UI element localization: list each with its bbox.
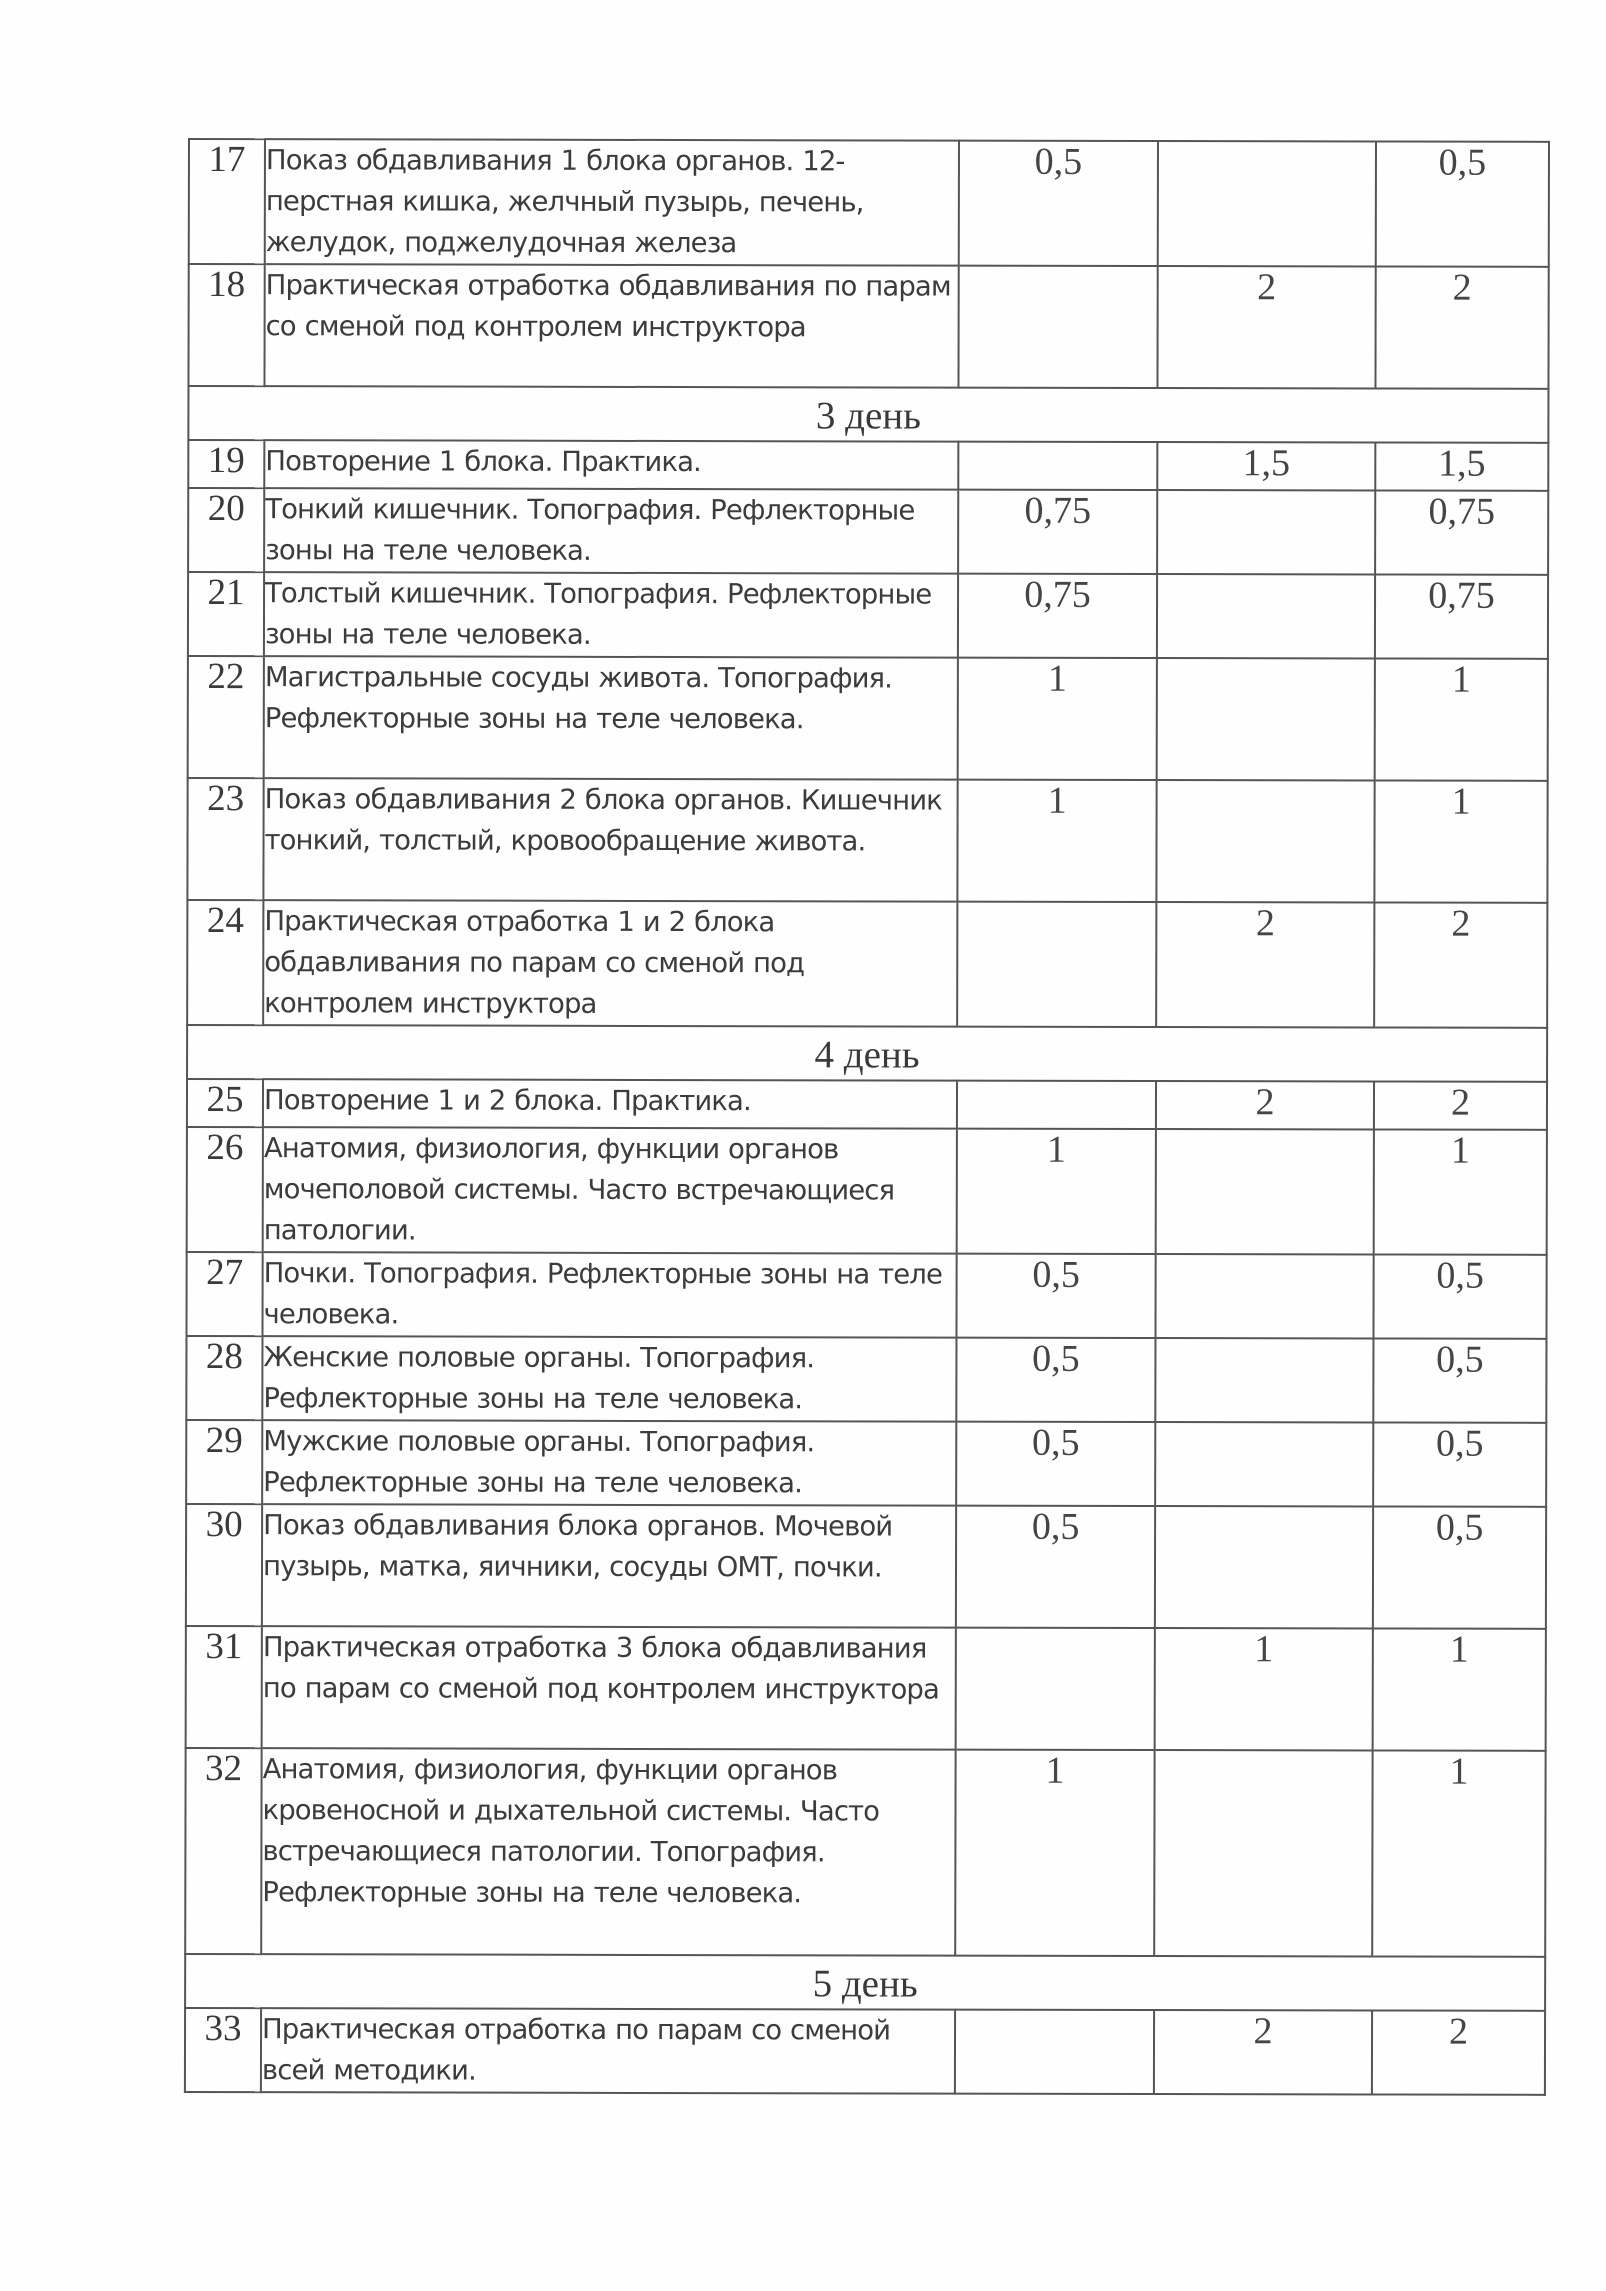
table-row: 18 Практическая отработка обдавливания п… — [188, 264, 1548, 389]
day-header-row: 3 день — [188, 386, 1548, 443]
row-number: 29 — [186, 1420, 262, 1504]
row-number: 24 — [187, 900, 263, 1025]
row-number: 23 — [187, 778, 263, 900]
row-topic: Показ обдавливания блока органов. Мочево… — [262, 1504, 956, 1627]
total-hours: 2 — [1374, 902, 1547, 1027]
theory-hours: 0,5 — [956, 1506, 1155, 1628]
day-header-row: 5 день — [185, 1954, 1545, 2011]
row-number: 19 — [188, 440, 264, 488]
day-label: 3 день — [188, 386, 1548, 443]
table-row: 17 Показ обдавливания 1 блока органов. 1… — [189, 139, 1549, 267]
row-number: 27 — [186, 1252, 262, 1336]
practice-hours: 2 — [1156, 1081, 1374, 1129]
total-hours: 1,5 — [1375, 442, 1548, 490]
total-hours: 0,75 — [1375, 574, 1548, 658]
theory-hours: 0,75 — [958, 490, 1157, 574]
theory-hours — [958, 266, 1157, 388]
theory-hours — [958, 442, 1157, 490]
practice-hours — [1156, 1129, 1374, 1254]
row-number: 26 — [187, 1127, 263, 1252]
row-topic: Почки. Топография. Рефлекторные зоны на … — [262, 1252, 956, 1337]
theory-hours: 1 — [957, 1129, 1156, 1254]
row-topic: Показ обдавливания 2 блока органов. Кише… — [263, 778, 957, 901]
row-number: 22 — [188, 656, 264, 778]
row-topic: Практическая отработка по парам со смено… — [261, 2008, 955, 2093]
table-row: 33 Практическая отработка по парам со см… — [185, 2008, 1545, 2095]
total-hours: 0,5 — [1373, 1338, 1546, 1422]
total-hours: 1 — [1372, 1750, 1545, 1956]
practice-hours: 2 — [1154, 2010, 1372, 2094]
table-row: 30 Показ обдавливания блока органов. Моч… — [186, 1504, 1546, 1629]
row-number: 33 — [185, 2008, 261, 2092]
practice-hours — [1157, 490, 1375, 574]
practice-hours — [1155, 1506, 1373, 1628]
row-topic: Практическая отработка 1 и 2 блока обдав… — [263, 900, 957, 1026]
theory-hours: 0,5 — [956, 1254, 1155, 1338]
theory-hours: 0,75 — [958, 574, 1157, 658]
row-number: 25 — [187, 1079, 263, 1127]
total-hours: 1 — [1374, 780, 1547, 902]
practice-hours: 2 — [1157, 266, 1375, 388]
table-row: 31 Практическая отработка 3 блока обдавл… — [186, 1626, 1546, 1751]
row-topic: Показ обдавливания 1 блока органов. 12-п… — [265, 139, 959, 265]
table-row: 19 Повторение 1 блока. Практика. 1,5 1,5 — [188, 440, 1548, 491]
row-topic: Анатомия, физиология, функции органов мо… — [263, 1127, 957, 1253]
practice-hours: 2 — [1156, 902, 1374, 1027]
theory-hours — [956, 1628, 1155, 1750]
table-row: 27 Почки. Топография. Рефлекторные зоны … — [186, 1252, 1546, 1339]
total-hours: 1 — [1373, 1628, 1546, 1750]
table-row: 28 Женские половые органы. Топография. Р… — [186, 1336, 1546, 1423]
row-topic: Повторение 1 блока. Практика. — [264, 440, 958, 489]
total-hours: 0,75 — [1375, 490, 1548, 574]
theory-hours: 1 — [955, 1750, 1154, 1956]
table-row: 23 Показ обдавливания 2 блока органов. К… — [187, 778, 1547, 903]
row-topic: Тонкий кишечник. Топография. Рефлекторны… — [264, 488, 958, 573]
total-hours: 2 — [1374, 1081, 1547, 1129]
table-row: 29 Мужские половые органы. Топография. Р… — [186, 1420, 1546, 1507]
practice-hours — [1157, 658, 1375, 780]
table-row: 24 Практическая отработка 1 и 2 блока об… — [187, 900, 1547, 1028]
table-row: 32 Анатомия, физиология, функции органов… — [185, 1748, 1545, 1957]
practice-hours: 1 — [1155, 1628, 1373, 1750]
total-hours: 0,5 — [1373, 1506, 1546, 1628]
row-topic: Практическая отработка обдавливания по п… — [264, 264, 958, 387]
row-number: 30 — [186, 1504, 262, 1626]
row-number: 32 — [185, 1748, 261, 1954]
day-label: 5 день — [185, 1954, 1545, 2011]
curriculum-table: 17 Показ обдавливания 1 блока органов. 1… — [184, 138, 1550, 2096]
row-number: 21 — [188, 572, 264, 656]
table-row: 25 Повторение 1 и 2 блока. Практика. 2 2 — [187, 1079, 1547, 1130]
total-hours: 1 — [1374, 1129, 1547, 1254]
total-hours: 0,5 — [1373, 1422, 1546, 1506]
theory-hours: 0,5 — [959, 141, 1158, 266]
practice-hours — [1156, 780, 1374, 902]
practice-hours — [1155, 1254, 1373, 1338]
total-hours: 2 — [1375, 266, 1548, 388]
total-hours: 0,5 — [1376, 141, 1549, 266]
row-number: 17 — [189, 139, 265, 264]
practice-hours — [1155, 1422, 1373, 1506]
row-number: 18 — [188, 264, 264, 386]
practice-hours — [1155, 1338, 1373, 1422]
row-topic: Анатомия, физиология, функции органов кр… — [261, 1748, 955, 1955]
scanned-page: 17 Показ обдавливания 1 блока органов. 1… — [0, 0, 1606, 2291]
table-row: 20 Тонкий кишечник. Топография. Рефлекто… — [188, 488, 1548, 575]
row-number: 20 — [188, 488, 264, 572]
theory-hours — [955, 2010, 1154, 2094]
row-number: 28 — [186, 1336, 262, 1420]
total-hours: 1 — [1375, 658, 1548, 780]
practice-hours: 1,5 — [1157, 442, 1375, 490]
theory-hours — [957, 902, 1156, 1027]
row-number: 31 — [186, 1626, 262, 1748]
table-row: 26 Анатомия, физиология, функции органов… — [187, 1127, 1547, 1255]
total-hours: 2 — [1372, 2010, 1545, 2094]
row-topic: Мужские половые органы. Топография. Рефл… — [262, 1420, 956, 1505]
theory-hours: 0,5 — [956, 1338, 1155, 1422]
total-hours: 0,5 — [1373, 1254, 1546, 1338]
theory-hours: 1 — [958, 658, 1157, 780]
theory-hours: 0,5 — [956, 1422, 1155, 1506]
table-row: 22 Магистральные сосуды живота. Топограф… — [188, 656, 1548, 781]
row-topic: Толстый кишечник. Топография. Рефлекторн… — [264, 572, 958, 657]
day-label: 4 день — [187, 1025, 1547, 1082]
row-topic: Повторение 1 и 2 блока. Практика. — [263, 1079, 957, 1128]
theory-hours — [957, 1081, 1156, 1129]
row-topic: Практическая отработка 3 блока обдавлива… — [262, 1626, 956, 1749]
practice-hours — [1158, 141, 1376, 266]
table-row: 21 Толстый кишечник. Топография. Рефлект… — [188, 572, 1548, 659]
row-topic: Магистральные сосуды живота. Топография.… — [264, 656, 958, 779]
theory-hours: 1 — [957, 780, 1156, 902]
day-header-row: 4 день — [187, 1025, 1547, 1082]
practice-hours — [1157, 574, 1375, 658]
row-topic: Женские половые органы. Топография. Рефл… — [262, 1336, 956, 1421]
practice-hours — [1154, 1750, 1372, 1956]
